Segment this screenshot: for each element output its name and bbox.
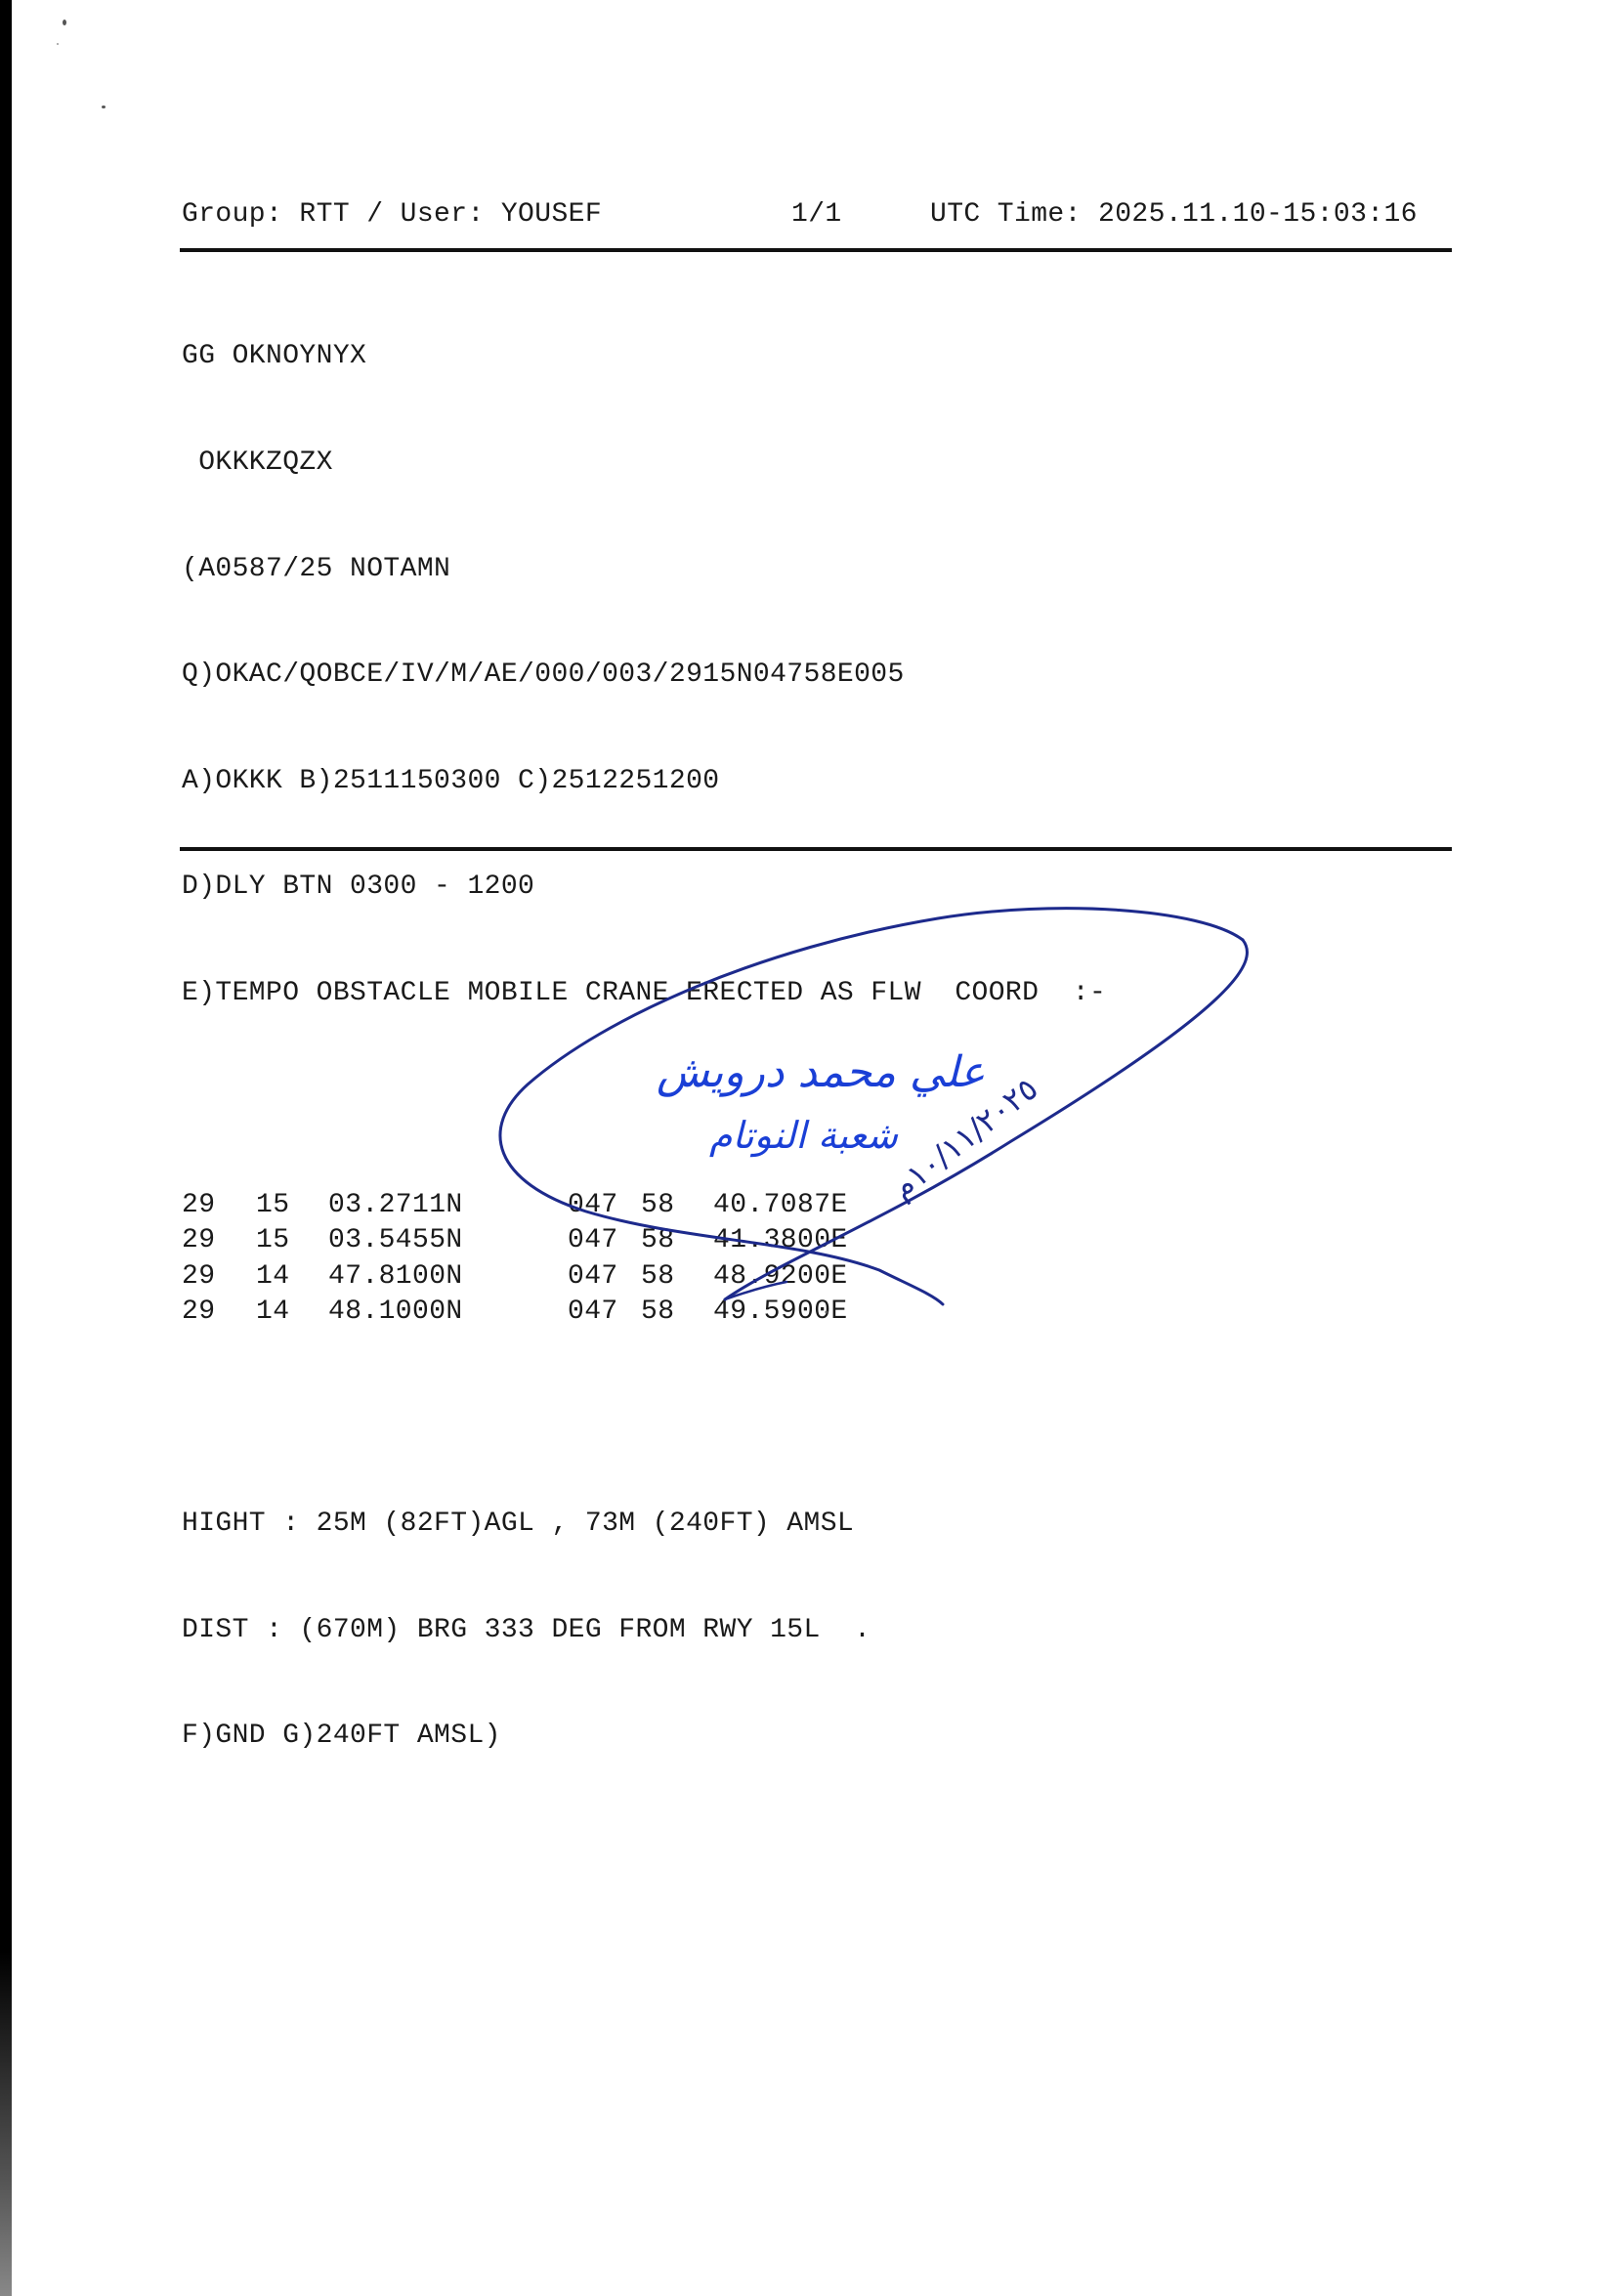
signatory-department: شعبة النوتام	[709, 1114, 898, 1157]
signatory-name: علي محمد درويش	[657, 1047, 985, 1097]
